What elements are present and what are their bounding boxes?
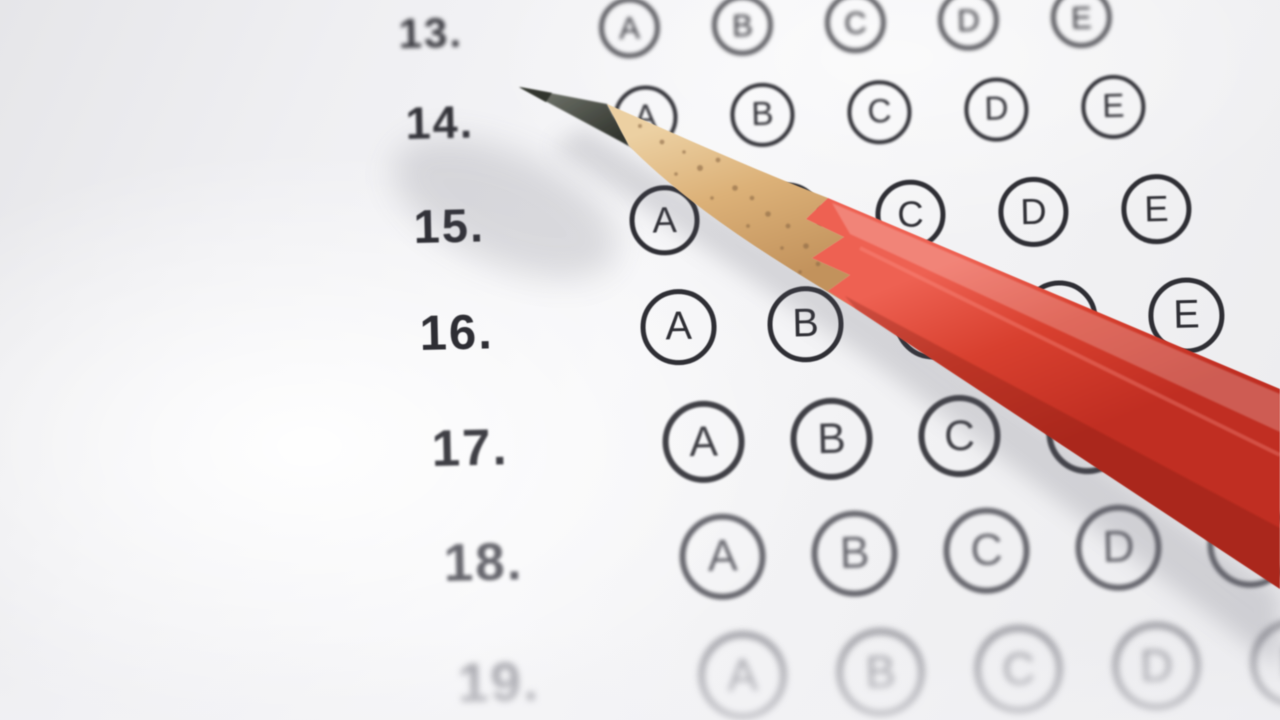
answer-bubble-c: C: [875, 179, 947, 251]
answer-bubble-b: B: [730, 82, 795, 147]
answer-bubble-d: D: [938, 0, 999, 51]
question-number: 13.: [398, 9, 463, 59]
answer-bubble-e: E: [1051, 0, 1112, 48]
answer-bubble-a: A: [629, 184, 701, 256]
answer-sheet-photo: 13.ABCDE14.ABCDE15.ABCDE16.ABCDE17.ABCDE…: [0, 0, 1280, 720]
answer-bubble-e: E: [1121, 173, 1193, 245]
answer-bubble-b: B: [712, 0, 773, 56]
answer-bubble-d: D: [1046, 391, 1130, 475]
answer-bubble-a: A: [662, 400, 746, 484]
answer-bubble-b: B: [790, 397, 874, 481]
answer-bubble-b: B: [767, 285, 845, 363]
question-number: 15.: [413, 198, 486, 254]
answer-bubble-a: A: [599, 0, 660, 59]
answer-bubble-c: C: [943, 507, 1031, 595]
answer-bubble-d: D: [1075, 504, 1163, 592]
answer-bubble-b: B: [752, 182, 824, 254]
answer-bubble-e: E: [1148, 277, 1226, 355]
question-number: 18.: [443, 532, 524, 595]
answer-bubble-d: D: [1021, 280, 1099, 358]
answer-bubble-a: A: [613, 85, 678, 150]
answer-bubble-c: C: [918, 394, 1002, 478]
answer-bubble-b: B: [811, 510, 899, 598]
question-number: 17.: [431, 418, 509, 478]
answer-bubble-a: A: [679, 513, 767, 601]
question-number: 16.: [419, 304, 494, 362]
answer-grid: 13.ABCDE14.ABCDE15.ABCDE16.ABCDE17.ABCDE…: [0, 0, 1280, 720]
answer-bubble-d: D: [964, 77, 1029, 142]
answer-bubble-e: E: [1081, 74, 1146, 139]
answer-bubble-d: D: [998, 176, 1070, 248]
answer-bubble-e: E: [1174, 388, 1258, 472]
answer-bubble-a: A: [640, 288, 718, 366]
depth-of-field-fade: [0, 635, 1280, 720]
question-number: 14.: [405, 96, 475, 149]
answer-bubble-c: C: [847, 79, 912, 144]
answer-bubble-c: C: [825, 0, 886, 53]
answer-bubble-c: C: [894, 282, 972, 360]
answer-bubble-e: E: [1206, 501, 1280, 589]
